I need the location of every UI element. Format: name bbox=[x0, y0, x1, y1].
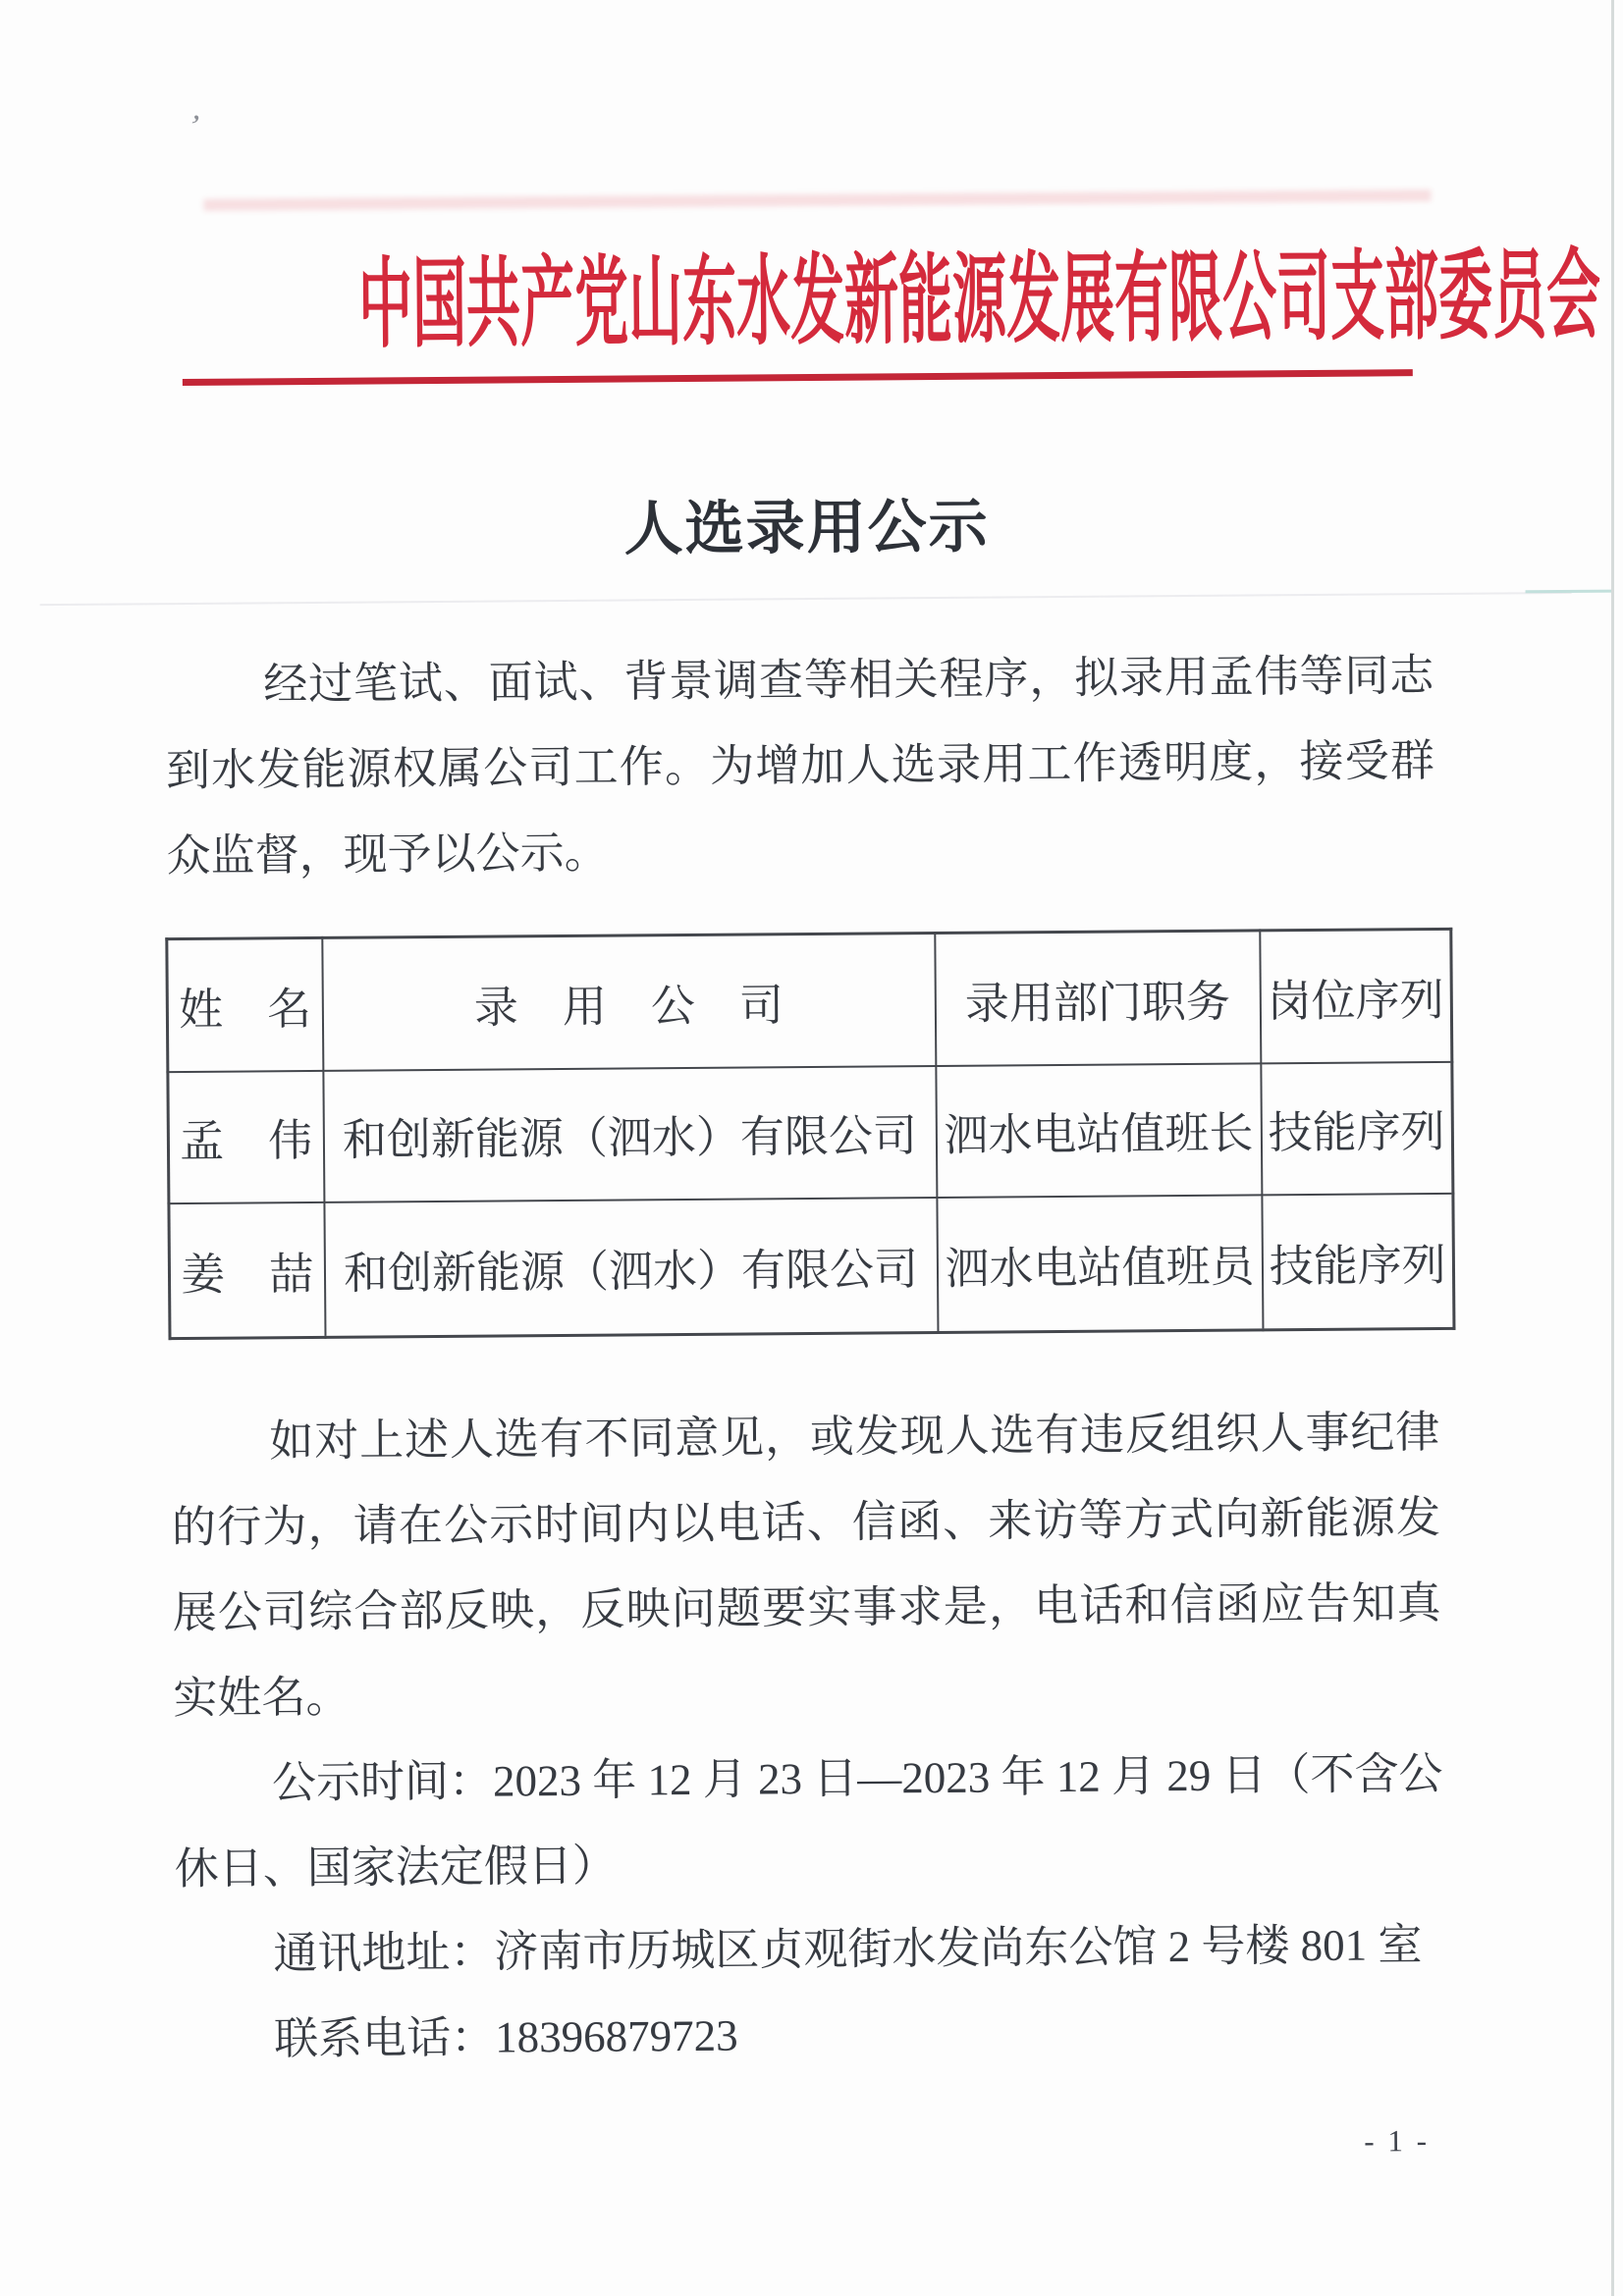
faint-divider-tick bbox=[1526, 590, 1614, 594]
recruitment-table: 姓 名 录 用 公 司 录用部门职务 岗位序列 孟 伟 和创新能源（泗水）有限公… bbox=[165, 928, 1455, 1340]
cell-company: 和创新能源（泗水）有限公司 bbox=[323, 1066, 937, 1202]
address-line: 通讯地址：济南市历城区贞观街水发尚东公馆 2 号楼 801 室 bbox=[175, 1902, 1444, 1998]
table-row: 姜 喆 和创新能源（泗水）有限公司 泗水电站值班员 技能序列 bbox=[169, 1193, 1454, 1338]
cell-position: 泗水电站值班员 bbox=[937, 1195, 1263, 1333]
table-header-row: 姓 名 录 用 公 司 录用部门职务 岗位序列 bbox=[167, 929, 1452, 1071]
phone-line: 联系电话：18396879723 bbox=[176, 1988, 1445, 2083]
scanned-content: ’ 中国共产党山东水发新能源发展有限公司支部委员会 人选录用公示 经过笔试、面试… bbox=[0, 0, 1623, 2296]
text-line: 的行为，请在公示时间内以电话、信函、来访等方式向新能源发 bbox=[172, 1475, 1441, 1571]
header-cell-company: 录 用 公 司 bbox=[322, 934, 936, 1071]
lower-paragraphs: 如对上述人选有不同意见，或发现人选有违反组织人事纪律 的行为，请在公示时间内以电… bbox=[171, 1390, 1444, 2083]
notice-period-paragraph: 公示时间：2023 年 12 月 23 日—2023 年 12 月 29 日（不… bbox=[174, 1732, 1443, 1912]
cell-company: 和创新能源（泗水）有限公司 bbox=[324, 1198, 938, 1338]
table-row: 孟 伟 和创新能源（泗水）有限公司 泗水电站值班长 技能序列 bbox=[168, 1061, 1453, 1202]
text-line: 众监督，现予以公示。 bbox=[166, 804, 1435, 899]
scan-edge-line bbox=[1611, 0, 1614, 2296]
header-cell-series: 岗位序列 bbox=[1260, 929, 1452, 1063]
intro-paragraph: 经过笔试、面试、背景调查等相关程序，拟录用孟伟等同志 到水发能源权属公司工作。为… bbox=[165, 633, 1435, 899]
page-number: - 1 - bbox=[1364, 2123, 1430, 2160]
text-line: 经过笔试、面试、背景调查等相关程序，拟录用孟伟等同志 bbox=[165, 633, 1434, 728]
org-title: 中国共产党山东水发新能源发展有限公司支部委员会 bbox=[358, 249, 1252, 354]
red-underline bbox=[183, 369, 1413, 386]
text-line: 实姓名。 bbox=[173, 1646, 1442, 1741]
header-cell-position: 录用部门职务 bbox=[935, 931, 1261, 1066]
cell-series: 技能序列 bbox=[1261, 1061, 1453, 1195]
notice-period-line: 休日、国家法定假日） bbox=[174, 1817, 1443, 1912]
text-line: 展公司综合部反映，反映问题要实事求是，电话和信函应告知真 bbox=[172, 1561, 1441, 1656]
header-cell-name: 姓 名 bbox=[167, 937, 323, 1071]
cell-name: 姜 喆 bbox=[169, 1201, 325, 1338]
cell-series: 技能序列 bbox=[1262, 1193, 1454, 1330]
text-line: 到水发能源权属公司工作。为增加人选录用工作透明度，接受群 bbox=[166, 719, 1435, 814]
faint-divider-line bbox=[40, 592, 1572, 606]
cell-position: 泗水电站值班长 bbox=[936, 1063, 1262, 1198]
text-line: 如对上述人选有不同意见，或发现人选有违反组织人事纪律 bbox=[171, 1390, 1440, 1485]
faded-red-line bbox=[203, 189, 1431, 211]
document-page: ’ 中国共产党山东水发新能源发展有限公司支部委员会 人选录用公示 经过笔试、面试… bbox=[0, 0, 1623, 2296]
objection-paragraph: 如对上述人选有不同意见，或发现人选有违反组织人事纪律 的行为，请在公示时间内以电… bbox=[171, 1390, 1442, 1741]
cell-name: 孟 伟 bbox=[168, 1070, 324, 1202]
scan-speck: ’ bbox=[185, 110, 203, 145]
notice-period-line: 公示时间：2023 年 12 月 23 日—2023 年 12 月 29 日（不… bbox=[174, 1732, 1443, 1827]
doc-title: 人选录用公示 bbox=[0, 475, 1618, 572]
